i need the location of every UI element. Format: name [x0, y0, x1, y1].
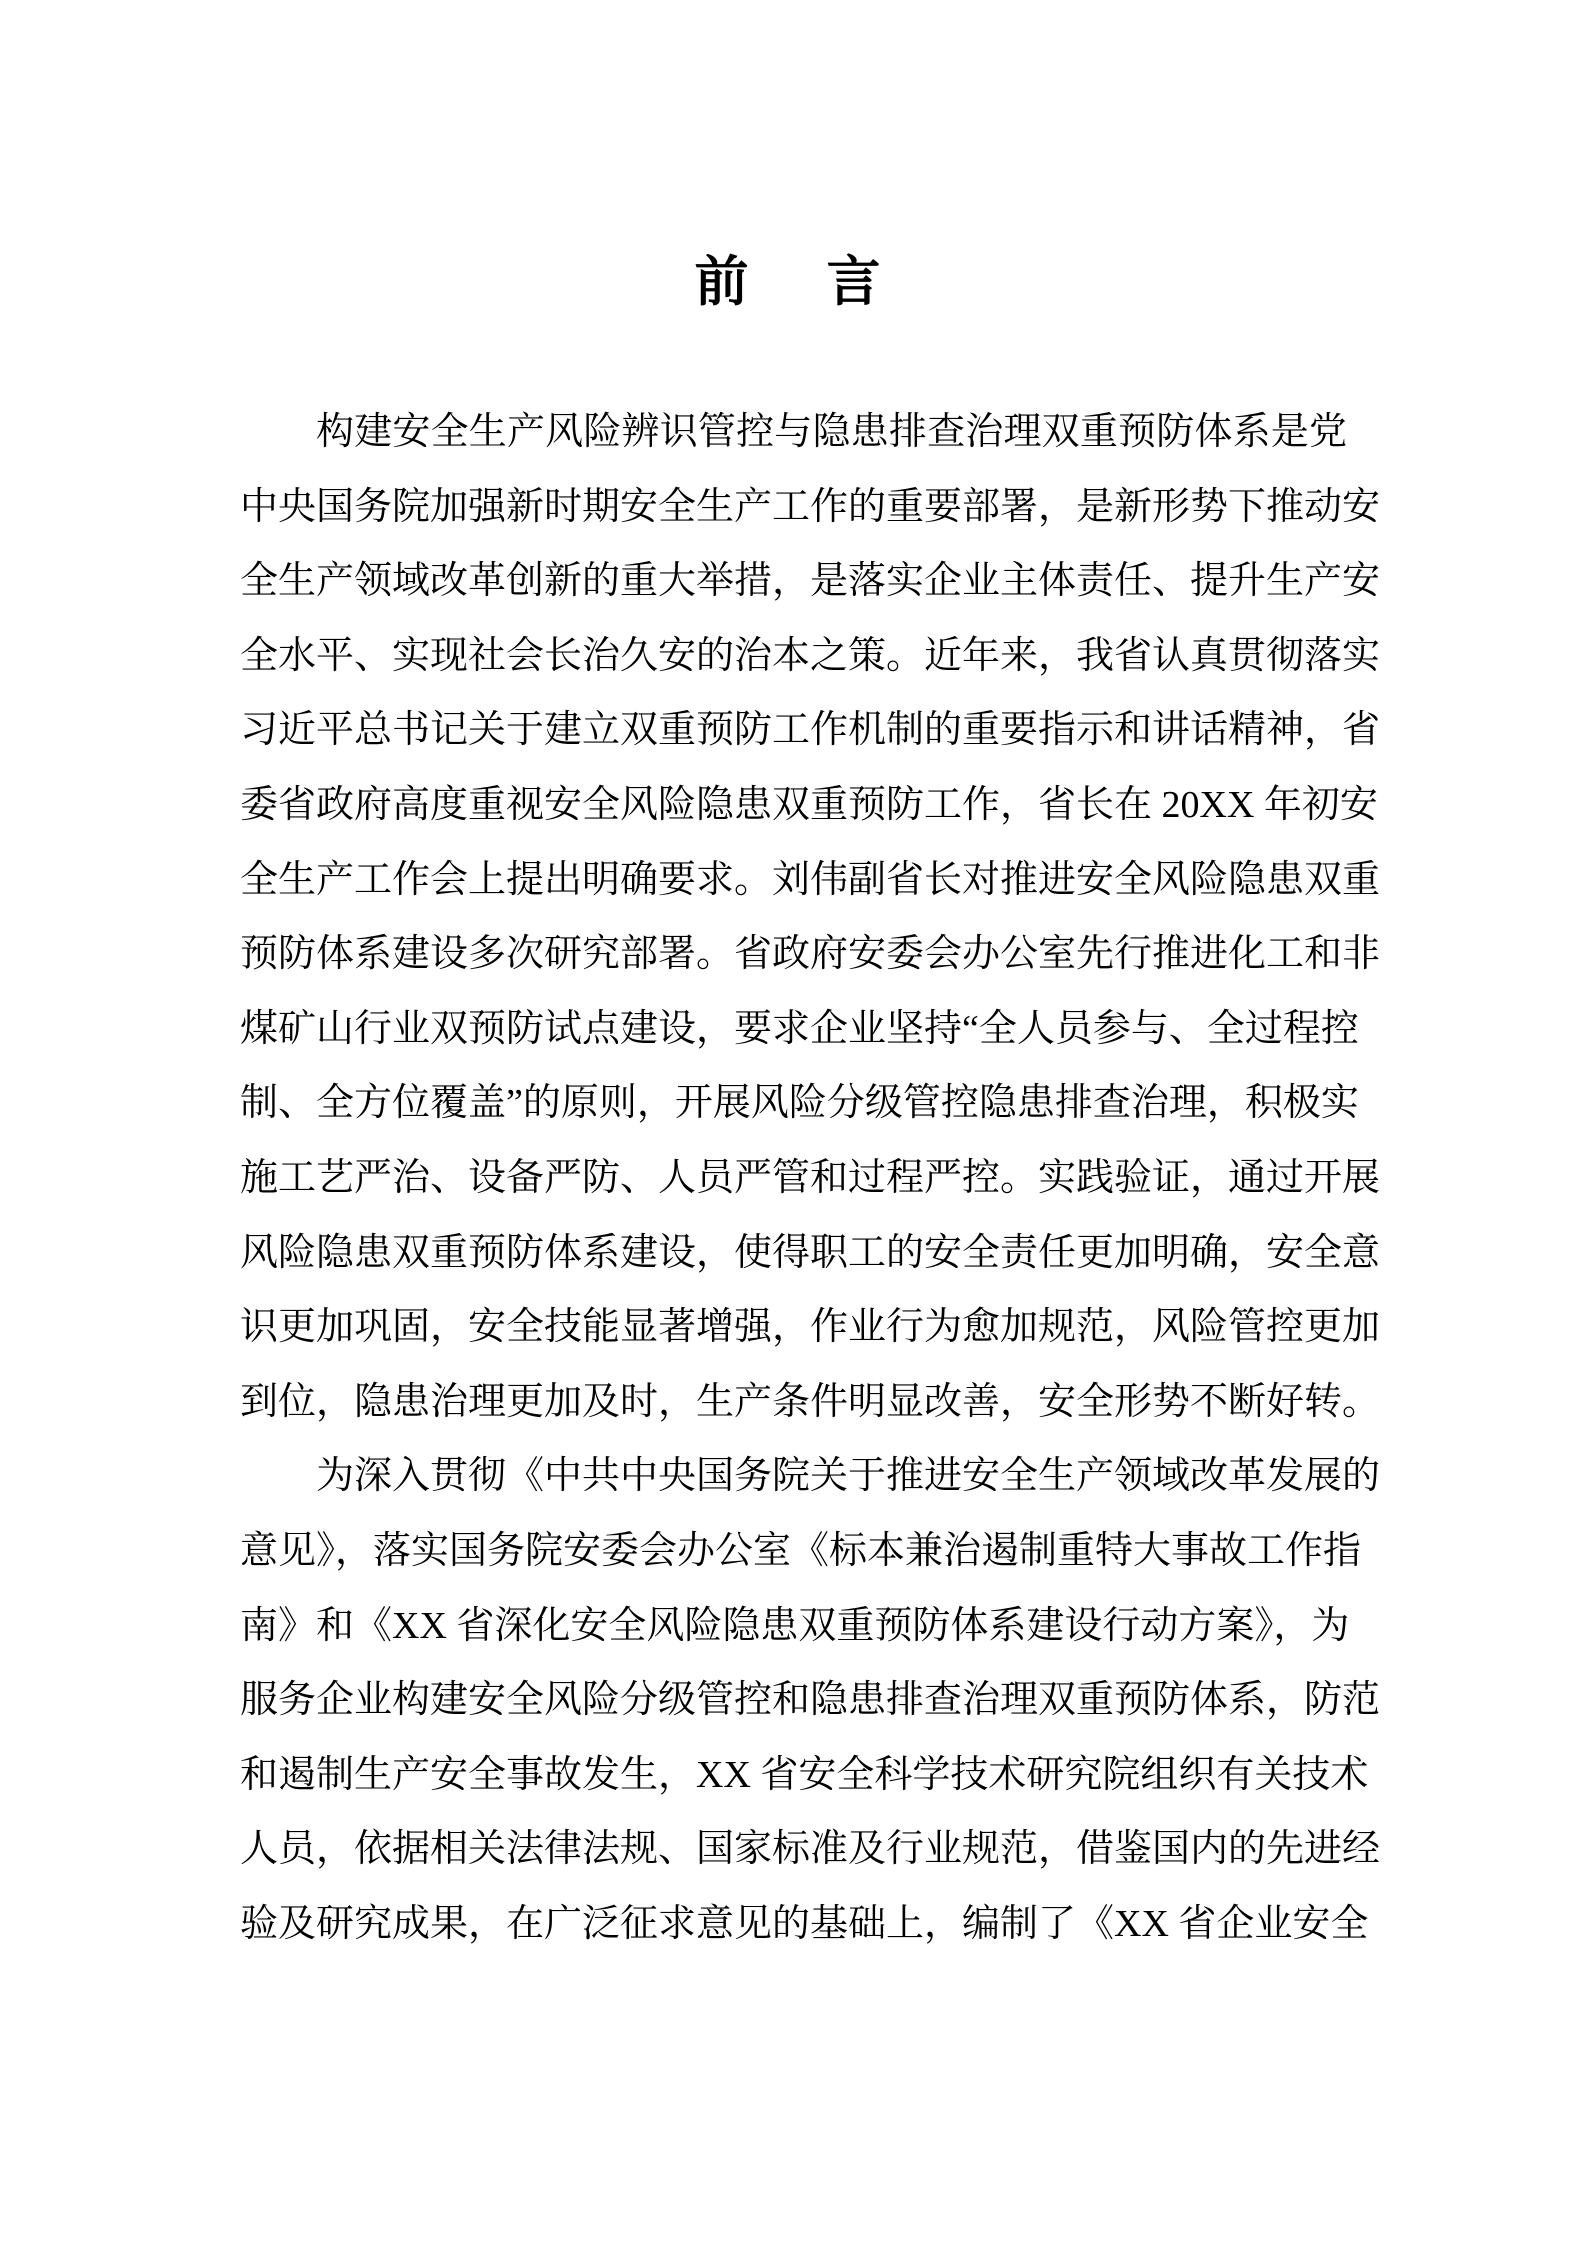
text-line: 全水平、实现社会长治久安的治本之策。近年来，我省认真贯彻落实	[240, 619, 1347, 694]
text-line: 服务企业构建安全风险分级管控和隐患排查治理双重预防体系，防范	[240, 1663, 1347, 1738]
page-title: 前 言	[0, 252, 1587, 312]
text-line: 到位，隐患治理更加及时，生产条件明显改善，安全形势不断好转。	[240, 1365, 1347, 1440]
document-body: 构建安全生产风险辨识管控与隐患排查治理双重预防体系是党 中央国务院加强新时期安全…	[240, 395, 1347, 1961]
text-line: 中央国务院加强新时期安全生产工作的重要部署，是新形势下推动安	[240, 470, 1347, 545]
text-line: 预防体系建设多次研究部署。省政府安委会办公室先行推进化工和非	[240, 917, 1347, 992]
text-line: 验及研究成果，在广泛征求意见的基础上，编制了《XX 省企业安全	[240, 1887, 1347, 1962]
paragraph-2: 为深入贯彻《中共中央国务院关于推进安全生产领域改革发展的 意见》，落实国务院安委…	[240, 1439, 1347, 1961]
document-page: 前 言 构建安全生产风险辨识管控与隐患排查治理双重预防体系是党 中央国务院加强新…	[0, 0, 1587, 2245]
text-line: 制、全方位覆盖”的原则，开展风险分级管控隐患排查治理，积极实	[240, 1066, 1347, 1141]
text-line: 全生产工作会上提出明确要求。刘伟副省长对推进安全风险隐患双重	[240, 843, 1347, 918]
text-line: 委省政府高度重视安全风险隐患双重预防工作，省长在 20XX 年初安	[240, 768, 1347, 843]
text-line: 煤矿山行业双预防试点建设，要求企业坚持“全人员参与、全过程控	[240, 992, 1347, 1067]
text-line: 风险隐患双重预防体系建设，使得职工的安全责任更加明确，安全意	[240, 1216, 1347, 1291]
text-line: 南》和《XX 省深化安全风险隐患双重预防体系建设行动方案》，为	[240, 1589, 1347, 1664]
text-line: 人员，依据相关法律法规、国家标准及行业规范，借鉴国内的先进经	[240, 1812, 1347, 1887]
text-line: 意见》，落实国务院安委会办公室《标本兼治遏制重特大事故工作指	[240, 1514, 1347, 1589]
text-line: 构建安全生产风险辨识管控与隐患排查治理双重预防体系是党	[240, 395, 1347, 470]
text-line: 习近平总书记关于建立双重预防工作机制的重要指示和讲话精神，省	[240, 693, 1347, 768]
paragraph-1: 构建安全生产风险辨识管控与隐患排查治理双重预防体系是党 中央国务院加强新时期安全…	[240, 395, 1347, 1439]
text-line: 为深入贯彻《中共中央国务院关于推进安全生产领域改革发展的	[240, 1439, 1347, 1514]
text-line: 全生产领域改革创新的重大举措，是落实企业主体责任、提升生产安	[240, 544, 1347, 619]
text-line: 和遏制生产安全事故发生，XX 省安全科学技术研究院组织有关技术	[240, 1738, 1347, 1813]
text-line: 施工艺严治、设备严防、人员严管和过程严控。实践验证，通过开展	[240, 1141, 1347, 1216]
text-line: 识更加巩固，安全技能显著增强，作业行为愈加规范，风险管控更加	[240, 1290, 1347, 1365]
